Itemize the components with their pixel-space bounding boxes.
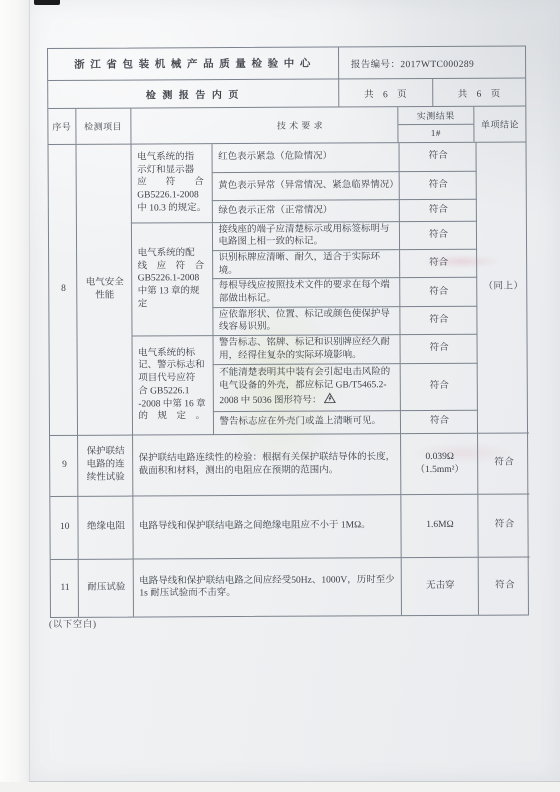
column-header-row: 序号 检测项目 技 术 要 求 实测结果 1# 单项结论 [48,105,525,144]
result-cell: 符合 [399,278,476,307]
row11-conclusion: 符合 [478,557,530,615]
result-cell: 符合 [399,199,476,221]
doc-title-row: 检 测 报 告 内 页 共 6 页 共 6 页 [48,77,525,107]
row9-item: 保护联结 电路的连 续性试验 [77,435,132,496]
doc-title-cell: 检 测 报 告 内 页 [48,79,338,108]
col-requirement: 技 术 要 求 [130,107,397,143]
col-serial: 序号 [48,109,75,144]
requirement-cell: 警告标志、铭牌、标记和识别牌应经久耐用，经得住复杂的实际环境影响。 [213,335,400,364]
row10-item: 绝缘电阻 [77,496,132,559]
row10-conclusion: 符合 [477,494,529,557]
row9-serial: 9 [50,435,77,496]
requirement-cell: 每根导线应按照技术文件的要求在每个端部做出标记。 [212,278,399,307]
pages-cell: 共 6 页 [338,79,433,106]
col-item-label: 检测项目 [84,120,122,133]
result-cell: 无击穿 [401,557,478,615]
col-sample-cell: 1# [398,124,474,142]
result-cell: 符合 [399,143,476,171]
scanned-page: 浙 江 省 包 装 机 械 产 品 质 量 检 验 中 心 报告编号：2017W… [29,0,560,782]
col-conclusion: 单项结论 [474,106,526,141]
row8-conclusion: （同上） [476,142,530,432]
row8-serial: 8 [49,145,78,435]
requirement-text: 不能清楚表明其中装有会引起电击风险的电气设备的外壳，都应标记 GB/T5465.… [219,368,390,406]
table-row: 10 绝缘电阻 电路导线和保护联结电路之间绝缘电阻应不小于 1MΩ。 1.6MΩ… [50,494,529,560]
row8-group2-desc: 电气系统的配 线 应 符 合 GB5226.1-2008 中第 13 章的规 定 [131,222,213,336]
scan-background-left [0,0,29,792]
result-cell: 符合 [399,306,476,335]
col-measured-label: 实测结果 [417,109,455,122]
report-number-cell: 报告编号：2017WTC000289 [338,46,525,78]
pages-count: 共 6 页 [364,86,408,100]
requirement-cell: 电路导线和保护联结电路之间应经受50Hz、1000V，历时至少1s 耐压试验而不… [133,557,401,616]
row8-group1-desc: 电气系统的指 示灯和显示器 应 符 合 GB5226.1-2008 中 10.3… [131,144,212,222]
result-cell: 符合 [399,171,476,199]
requirement-cell: 绿色表示正常（正常情况） [212,199,399,222]
col-serial-label: 序号 [52,120,71,133]
result-cell: 符合 [399,249,476,278]
requirement-cell: 红色表示紧急（危险情况） [212,143,399,172]
row8-item: 电气安全 性能 [76,145,133,435]
requirement-cell: 接线座的端子应清楚标示或用标签标明与电路图上相一致的标记。 [212,221,399,250]
pages-cell: 共 6 页 [433,78,526,105]
col-conclusion-label: 单项结论 [481,118,519,131]
col-item: 检测项目 [75,109,130,144]
col-measured: 实测结果 1# [397,107,474,142]
result-cell: 符合 [400,363,477,410]
requirement-cell: 识别标牌应清晰、耐久，适合于实际环境。 [212,250,399,279]
report-number: 报告编号：2017WTC000289 [351,55,474,70]
inspection-table-body: 8 电气安全 性能 电气系统的指 示灯和显示器 应 符 合 GB5226.1-2… [49,142,530,617]
col-measured-label-cell: 实测结果 [398,107,474,125]
corner-mark [34,0,60,5]
org-name-cell: 浙 江 省 包 装 机 械 产 品 质 量 检 验 中 心 [48,47,338,80]
row10-serial: 10 [50,496,77,559]
pages-count: 共 6 页 [458,85,502,99]
doc-title: 检 测 报 告 内 页 [146,86,241,101]
table-row: 8 电气安全 性能 电气系统的指 示灯和显示器 应 符 合 GB5226.1-2… [49,142,528,173]
requirement-cell: 保护联结电路连续性的检验：根据有关保护联结导体的长度，截面积和材料，测出的电阻应… [132,433,400,495]
requirement-cell: 电路导线和保护联结电路之间绝缘电阻应不小于 1MΩ。 [132,494,400,558]
below-blank-note: (以下空白) [49,617,97,630]
result-cell: 符合 [399,221,476,250]
table-row: 9 保护联结 电路的连 续性试验 保护联结电路连续性的检验：根据有关保护联结导体… [50,433,529,497]
report-header-row: 浙 江 省 包 装 机 械 产 品 质 量 检 验 中 心 报告编号：2017W… [48,46,525,79]
scan-background-bottom [0,782,560,792]
row8-group3-desc: 电气系统的标 记、警示标志和 项目代号应符 合 GB5226.1 -2008 中… [132,336,214,435]
inspection-report-table: 浙 江 省 包 装 机 械 产 品 质 量 检 验 中 心 报告编号：2017W… [47,45,529,618]
requirement-cell: 黄色表示异常（异常情况、紧急临界情况） [212,171,399,200]
requirement-cell: 警告标志应在外壳门或盖上清晰可见。 [213,410,400,434]
result-cell: 符合 [400,410,477,433]
row11-item: 耐压试验 [78,559,133,617]
result-cell: 0.039Ω （1.5mm²） [400,433,477,494]
row11-serial: 11 [51,559,78,617]
requirement-cell: 应依靠形状、位置、标记或颜色使保护导线容易识别。 [212,306,399,335]
row9-conclusion: 符合 [477,433,529,494]
org-name: 浙 江 省 包 装 机 械 产 品 质 量 检 验 中 心 [74,56,312,72]
result-cell: 1.6MΩ [400,494,477,557]
col-sample-label: 1# [431,128,441,138]
result-cell: 符合 [400,334,477,363]
col-requirement-label: 技 术 要 求 [277,119,323,132]
requirement-cell: 不能清楚表明其中装有会引起电击风险的电气设备的外壳，都应标记 GB/T5465.… [213,363,400,411]
dangerous-voltage-icon [323,392,335,403]
table-row: 11 耐压试验 电路导线和保护联结电路之间应经受50Hz、1000V，历时至少1… [51,557,530,618]
